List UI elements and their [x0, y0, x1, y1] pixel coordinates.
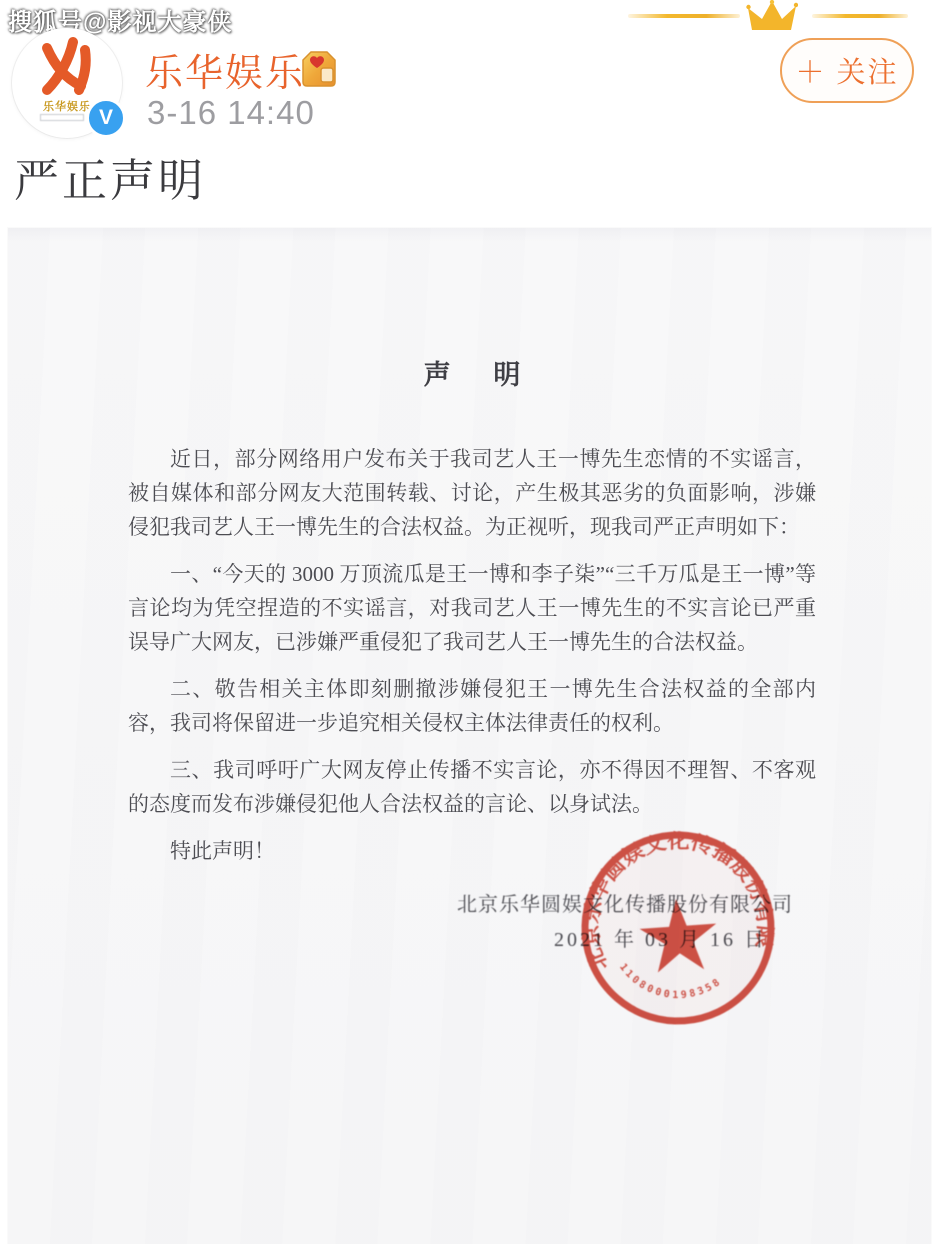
follow-button[interactable]: ＋ 关注: [780, 38, 914, 103]
post-title: 严正声明: [14, 144, 206, 209]
account-name[interactable]: 乐华娱乐: [145, 42, 305, 97]
statement-paragraph: 一、“今天的 3000 万顶流瓜是王一博和李子柒”“三千万瓜是王一博”等言论均为…: [128, 557, 816, 659]
crown-icon: [746, 0, 798, 32]
statement-text: 声 明 近日，部分网络用户发布关于我司艺人王一博先生恋情的不实谣言，被自媒体和部…: [128, 358, 816, 881]
post-timestamp: 3-16 14:40: [147, 94, 315, 132]
statement-photo[interactable]: 声 明 近日，部分网络用户发布关于我司艺人王一博先生恋情的不实谣言，被自媒体和部…: [8, 228, 931, 1244]
statement-title: 声 明: [128, 358, 816, 392]
watermark: 搜狐号@影视大豪侠: [8, 2, 232, 37]
company-seal: 北京乐华圆娱文化传播股份有限公司 1108000198358: [571, 821, 784, 1034]
post-page: 搜狐号@影视大豪侠 乐华娱乐 V 乐华娱乐 3-16 14:40 ＋ 关注 严正…: [0, 0, 938, 1244]
statement-paragraph: 二、敬告相关主体即刻删撤涉嫌侵犯王一博先生合法权益的全部内容，我司将保留进一步追…: [128, 672, 816, 740]
yuehua-logo-icon: [37, 36, 97, 96]
gold-divider-line-right: [812, 14, 908, 18]
statement-paragraph: 近日，部分网络用户发布关于我司艺人王一博先生恋情的不实谣言，被自媒体和部分网友大…: [128, 442, 816, 544]
verified-badge-icon: V: [86, 98, 126, 138]
avatar-fineprint: [40, 114, 84, 121]
statement-paragraph: 三、我司呼吁广大网友停止传播不实言论，亦不得因不理智、不客观的态度而发布涉嫌侵犯…: [128, 753, 816, 821]
gold-divider-line-left: [628, 14, 740, 18]
vip-badge-icon: [297, 48, 341, 90]
